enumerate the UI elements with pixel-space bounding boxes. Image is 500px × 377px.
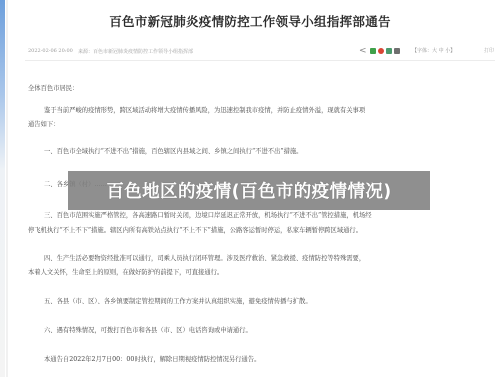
- intro-line-2: 通告如下：: [28, 120, 490, 130]
- source-label: 来源：: [78, 49, 93, 55]
- item-3-line-2: 停飞机执行“不上不下”措施。辖区内所有高铁站点执行“不上不下”措施，公路客运暂时…: [28, 226, 490, 236]
- font-size-label: 【字体：: [412, 48, 432, 54]
- item-4-line-2: 本着人文关怀，生命至上的原则，在做好防护的前提下，可直接通行。: [28, 268, 490, 278]
- item-1: 一、百色市全域执行“不进不出”措施，百色辖区内县域之间、乡镇之间执行“不进不出”…: [28, 147, 490, 157]
- caption-overlay: 百色地区的疫情(百色市的疫情情况): [68, 171, 430, 210]
- print-link[interactable]: 打印: [484, 47, 494, 54]
- salutation: 全体百色市居民：: [28, 84, 490, 94]
- share-bar: <: [359, 46, 400, 56]
- font-size-close: 】: [450, 48, 455, 54]
- item-3-line-1: 三、百色市范围实施严格管控，各高速路口暂时关闭，边境口岸延迟正常开放，机场执行“…: [28, 211, 490, 221]
- font-size-large[interactable]: 大: [432, 48, 437, 54]
- window-left-edge: [0, 0, 5, 377]
- caption-text: 百色地区的疫情(百色市的疫情情况): [106, 178, 391, 203]
- meta-divider: [25, 60, 495, 61]
- closing-statement: 本通告自2022年2月7日00：00时执行，解除日期视疫情防控情况另行通告。: [28, 355, 490, 365]
- publish-date: 2022-02-06 20:00: [28, 48, 73, 54]
- font-size-medium[interactable]: 中: [439, 48, 444, 54]
- item-5: 五、各县（市、区）、各乡镇要制定管控期间的工作方案并认真组织实施，避免疫情传播与…: [28, 297, 490, 307]
- weibo-icon[interactable]: [378, 48, 384, 54]
- intro-line-1: 鉴于当前严峻的疫情形势，跨区域活动将增大疫情传播风险，为迅速控制我市疫情，并防止…: [28, 106, 490, 116]
- source-name: 百色市新冠肺炎疫情防控工作领导小组指挥部: [93, 49, 193, 55]
- item-6: 六、遇有特殊情况，可拨打百色市和各县（市、区）电话咨询或申请通行。: [28, 326, 490, 336]
- article-title: 百色市新冠肺炎疫情防控工作领导小组指挥部通告: [0, 12, 500, 30]
- item-4-line-1: 四、生产生活必要物资经批准可以通行，司乘人员执行闭环管理。涉及医疗救治、紧急救援…: [28, 254, 490, 264]
- more-share-icon[interactable]: [394, 48, 400, 54]
- article-source: 来源：百色市新冠肺炎疫情防控工作领导小组指挥部: [78, 48, 193, 55]
- font-size-control: 【字体：大 中 小】: [412, 47, 455, 54]
- left-divider: [6, 0, 8, 377]
- share-toggle-icon[interactable]: <: [359, 47, 367, 55]
- wechat-icon[interactable]: [370, 48, 376, 54]
- qzone-icon[interactable]: [386, 48, 392, 54]
